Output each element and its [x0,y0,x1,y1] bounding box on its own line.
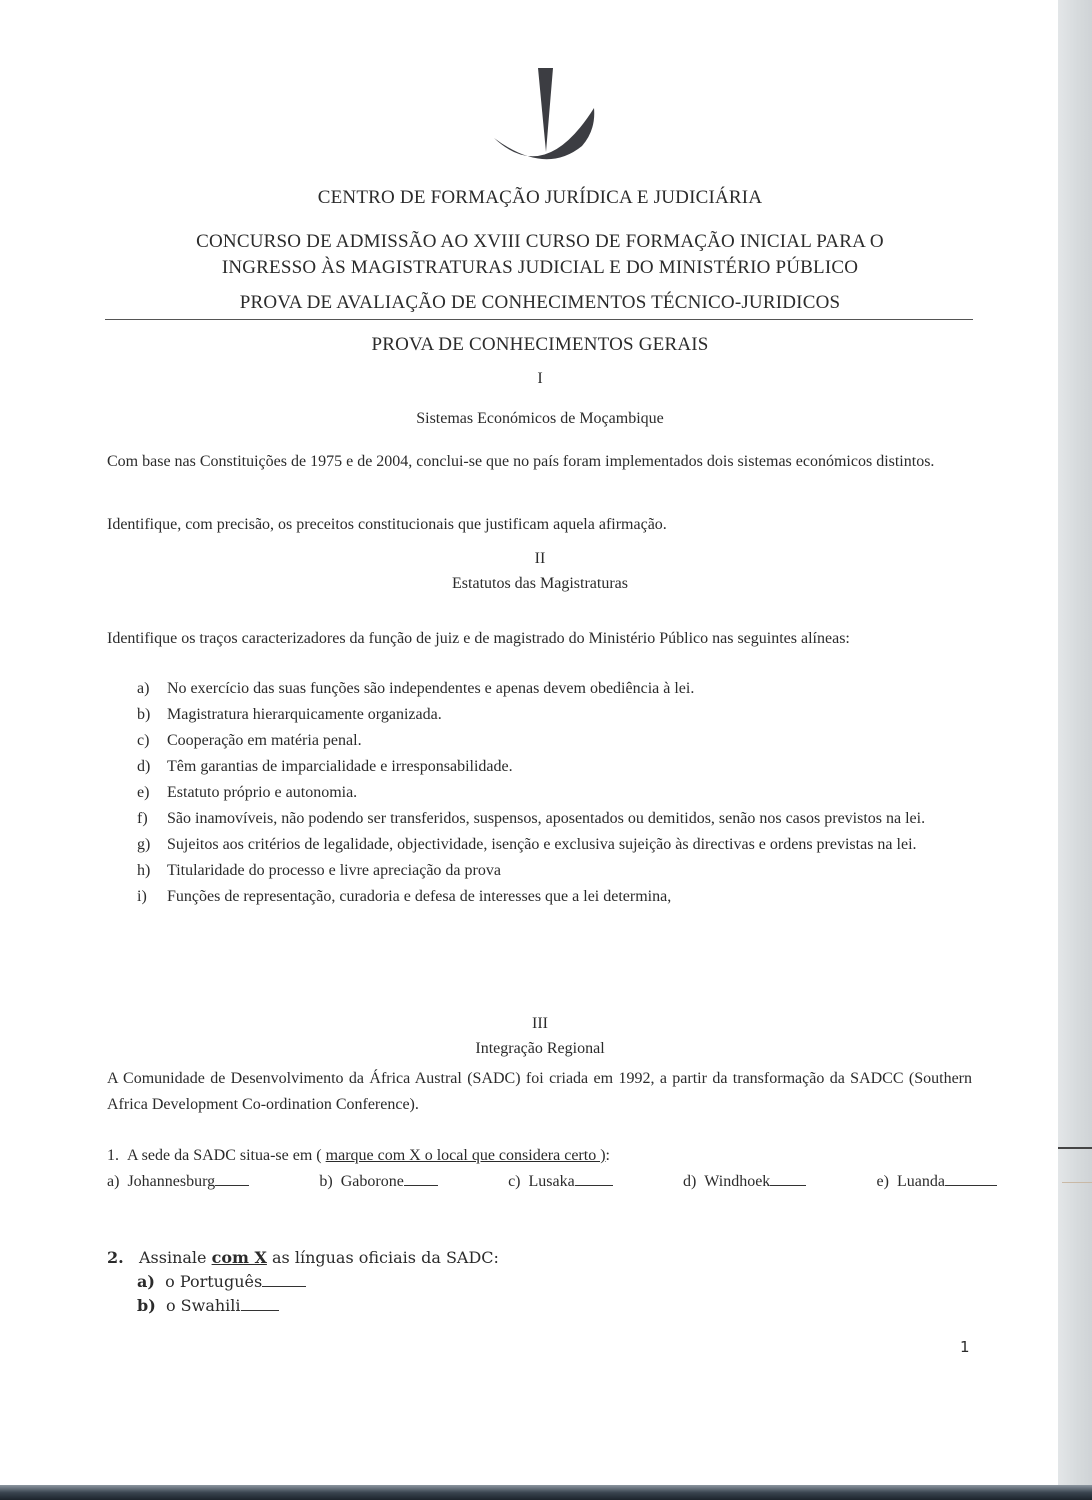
option-label: e) [877,1173,889,1190]
list-item: h)Titularidade do processo e livre aprec… [137,858,973,884]
answer-blank[interactable] [215,1169,249,1186]
page-number: 1 [960,1338,970,1356]
contest-title: CONCURSO DE ADMISSÃO AO XVIII CURSO DE F… [100,229,980,281]
question-text: Assinale [139,1248,212,1267]
question-text: as línguas oficiais da SADC: [267,1248,499,1267]
answer-blank[interactable] [770,1169,806,1186]
answer-blank[interactable] [575,1169,613,1186]
header-divider [105,319,973,320]
cfjj-emblem-icon [490,68,600,168]
item-label: a) [137,676,167,702]
question-instruction: com X [212,1248,267,1267]
exam-type: PROVA DE AVALIAÇÃO DE CONHECIMENTOS TÉCN… [100,292,980,314]
section-intro: A Comunidade de Desenvolvimento da Áfric… [107,1066,972,1118]
item-text: Têm garantias de imparcialidade e irresp… [167,754,973,780]
item-text: Funções de representação, curadoria e de… [167,884,973,910]
section-title: Estatutos das Magistraturas [100,575,980,593]
contest-title-line2: INGRESSO ÀS MAGISTRATURAS JUDICIAL E DO … [100,255,980,281]
list-item: e)Estatuto próprio e autonomia. [137,780,973,806]
question-punct: : [606,1147,610,1164]
section-numeral: III [100,1015,980,1033]
option-label: c) [508,1173,520,1190]
option-text: o Swahili [166,1296,241,1315]
exam-subtitle: PROVA DE CONHECIMENTOS GERAIS [100,334,980,356]
question-instruction: marque com X o local que considera certo… [326,1147,606,1164]
answer-blank[interactable] [945,1169,997,1186]
option-text: Gaborone [341,1173,404,1190]
option-label: a) [137,1272,155,1291]
option-text: Lusaka [529,1173,575,1190]
item-text: São inamovíveis, não podendo ser transfe… [167,806,973,832]
contest-title-line1: CONCURSO DE ADMISSÃO AO XVIII CURSO DE F… [100,229,980,255]
item-text: Cooperação em matéria penal. [167,728,973,754]
list-item: d)Têm garantias de imparcialidade e irre… [137,754,973,780]
scan-edge-right [1058,0,1092,1500]
answer-blank[interactable] [404,1169,438,1186]
list-item: g)Sujeitos aos critérios de legalidade, … [137,832,973,858]
scan-edge-bottom [0,1485,1092,1500]
answer-option: a) o Português [137,1270,499,1291]
option-text: Windhoek [704,1173,770,1190]
option-text: o Português [165,1272,262,1291]
option-label: a) [107,1173,119,1190]
answer-option: d) Windhoek [683,1169,806,1191]
item-text: Titularidade do processo e livre aprecia… [167,858,973,884]
option-label: b) [137,1296,156,1315]
option-label: b) [319,1173,332,1190]
list-item: a)No exercício das suas funções são inde… [137,676,973,702]
answer-option: b) Gaborone [319,1169,437,1191]
list-item: f)São inamovíveis, não podendo ser trans… [137,806,973,832]
list-item: c)Cooperação em matéria penal. [137,728,973,754]
answer-option: b) o Swahili [137,1294,499,1315]
item-label: h) [137,858,167,884]
section-paragraph: Identifique, com precisão, os preceitos … [107,512,972,538]
answer-blank[interactable] [262,1270,306,1287]
item-text: Estatuto próprio e autonomia. [167,780,973,806]
item-label: i) [137,884,167,910]
institution-name: CENTRO DE FORMAÇÃO JURÍDICA E JUDICIÁRIA [100,187,980,209]
list-item: b)Magistratura hierarquicamente organiza… [137,702,973,728]
question-2: 2. Assinale com X as línguas oficiais da… [107,1248,499,1315]
answer-option: c) Lusaka [508,1169,613,1191]
q1-options: a) Johannesburgb) Gaboronec) Lusakad) Wi… [107,1169,997,1191]
answer-blank[interactable] [241,1294,279,1311]
option-text: Johannesburg [127,1173,215,1190]
question-number: 2. [107,1248,124,1267]
answer-option: a) Johannesburg [107,1169,249,1191]
item-text: Sujeitos aos critérios de legalidade, ob… [167,832,973,858]
item-label: c) [137,728,167,754]
question-number: 1. [107,1147,119,1164]
answer-option: e) Luanda [877,1169,997,1191]
item-label: e) [137,780,167,806]
section-intro: Identifique os traços caracterizadores d… [107,626,972,652]
list-item: i)Funções de representação, curadoria e … [137,884,973,910]
section-title: Integração Regional [100,1040,980,1058]
item-label: f) [137,806,167,832]
section-title: Sistemas Económicos de Moçambique [100,410,980,428]
section-numeral: II [100,550,980,568]
section-numeral: I [100,370,980,388]
option-label: d) [683,1173,696,1190]
section-paragraph: Com base nas Constituições de 1975 e de … [107,449,972,475]
item-text: No exercício das suas funções são indepe… [167,676,973,702]
traits-list: a)No exercício das suas funções são inde… [137,676,973,910]
question-1: 1. A sede da SADC situa-se em ( marque c… [107,1143,972,1169]
option-text: Luanda [897,1173,945,1190]
item-label: g) [137,832,167,858]
question-text: A sede da SADC situa-se em ( [127,1147,326,1164]
item-label: d) [137,754,167,780]
item-text: Magistratura hierarquicamente organizada… [167,702,973,728]
item-label: b) [137,702,167,728]
